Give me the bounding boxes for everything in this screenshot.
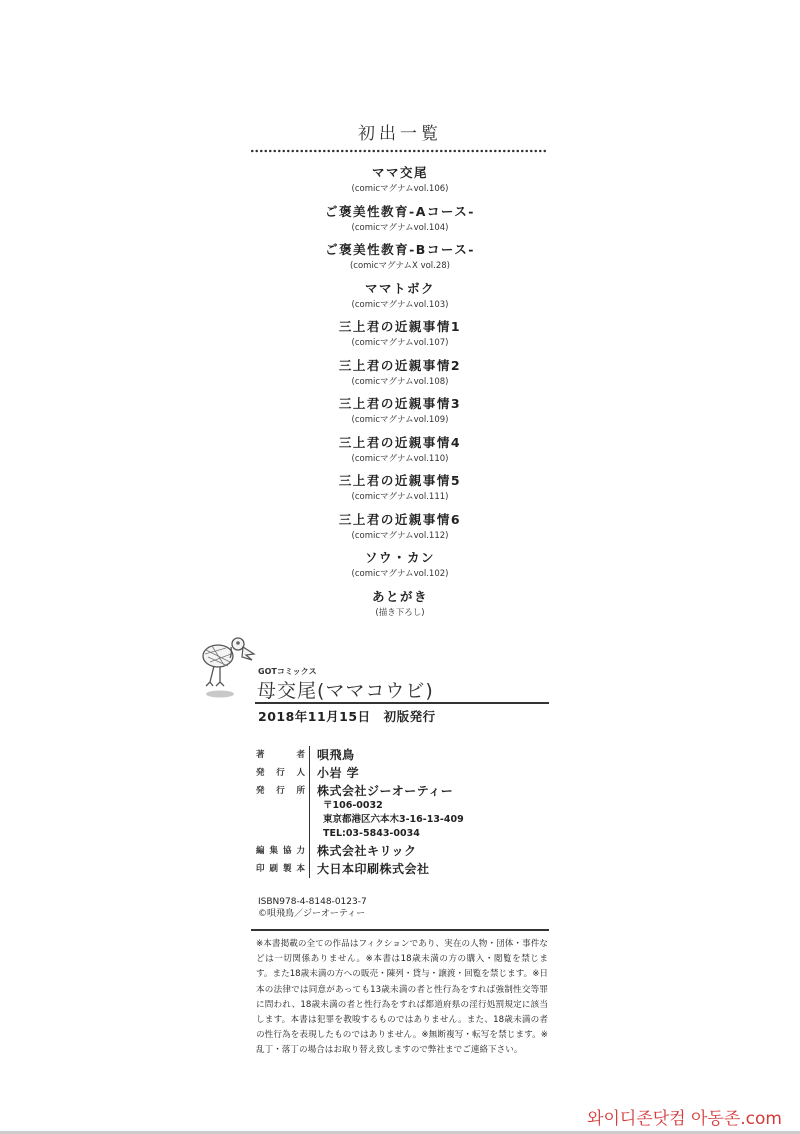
toc-entry-title: ソウ・カン — [0, 548, 800, 568]
toc-entry-source: (描き下ろし) — [0, 607, 800, 619]
postal-code: 〒106-0032 — [317, 800, 464, 812]
credit-separator — [309, 860, 310, 878]
credit-separator — [309, 782, 310, 842]
bird-illustration-icon — [198, 632, 260, 702]
toc-title: 初出一覧 — [0, 119, 800, 144]
publication-date: 2018年11月15日 初版発行 — [258, 707, 436, 725]
toc-entry: あとがき (描き下ろし) — [0, 587, 800, 626]
toc-entry-title: ご褒美性教育-Aコース- — [0, 202, 800, 222]
credit-value: 小岩 学 — [317, 764, 359, 782]
toc-entry: 三上君の近親事情3 (comicマグナムvol.109) — [0, 394, 800, 433]
toc-entry-source: (comicマグナムvol.109) — [0, 414, 800, 426]
title-divider — [255, 702, 549, 704]
toc-entry: ソウ・カン (comicマグナムvol.102) — [0, 548, 800, 587]
credit-label: 発 行 所 — [256, 782, 309, 800]
credit-value: 唄飛鳥 — [317, 746, 355, 764]
copyright: ©唄飛鳥／ジーオーティー — [258, 908, 367, 920]
toc-entry-title: 三上君の近親事情3 — [0, 394, 800, 414]
credit-separator — [309, 842, 310, 860]
watermark: 와이디존닷컴 아동존.com — [587, 1104, 782, 1129]
toc-entry-source: (comicマグナムvol.106) — [0, 183, 800, 195]
telephone: TEL:03-5843-0034 — [317, 828, 464, 840]
credit-row-publisher: 発 行 所 株式会社ジーオーティー 〒106-0032 東京都港区六本木3-16… — [256, 782, 556, 842]
toc-entry-title: あとがき — [0, 587, 800, 607]
toc-entry-source: (comicマグナムvol.110) — [0, 453, 800, 465]
credit-separator — [309, 746, 310, 764]
credit-value: 株式会社ジーオーティー — [317, 782, 464, 800]
toc-entry-title: ママトボク — [0, 279, 800, 299]
notice-divider — [251, 929, 549, 931]
toc-entry-title: 三上君の近親事情4 — [0, 433, 800, 453]
toc-entry-title: 三上君の近親事情5 — [0, 471, 800, 491]
credit-label: 印 刷 製 本 — [256, 860, 309, 878]
toc-entry: ママトボク (comicマグナムvol.103) — [0, 279, 800, 318]
toc-entry-source: (comicマグナムvol.103) — [0, 299, 800, 311]
toc-entry: ご褒美性教育-Aコース- (comicマグナムvol.104) — [0, 202, 800, 241]
credits-block: 著 者 唄飛鳥 発 行 人 小岩 学 発 行 所 株式会社ジーオーティー — [256, 746, 556, 878]
credit-separator — [309, 764, 310, 782]
credit-value: 大日本印刷株式会社 — [317, 860, 430, 878]
toc-entry: ご褒美性教育-Bコース- (comicマグナムX vol.28) — [0, 240, 800, 279]
credit-row-publisher-person: 発 行 人 小岩 学 — [256, 764, 556, 782]
toc-entry: 三上君の近親事情4 (comicマグナムvol.110) — [0, 433, 800, 472]
isbn-block: ISBN978-4-8148-0123-7 ©唄飛鳥／ジーオーティー — [258, 896, 367, 920]
toc-entry-source: (comicマグナムvol.111) — [0, 491, 800, 503]
credit-row-editing: 編 集 協 力 株式会社キリック — [256, 842, 556, 860]
dotted-divider — [250, 149, 546, 153]
toc-entry-source: (comicマグナムvol.108) — [0, 376, 800, 388]
toc-entry-source: (comicマグナムvol.102) — [0, 568, 800, 580]
toc-entry-title: ママ交尾 — [0, 163, 800, 183]
toc-entry: 三上君の近親事情1 (comicマグナムvol.107) — [0, 317, 800, 356]
toc-entry-source: (comicマグナムvol.112) — [0, 530, 800, 542]
toc-entry: ママ交尾 (comicマグナムvol.106) — [0, 163, 800, 202]
credit-row-printing: 印 刷 製 本 大日本印刷株式会社 — [256, 860, 556, 878]
credit-label: 発 行 人 — [256, 764, 309, 782]
toc-entry-title: 三上君の近親事情1 — [0, 317, 800, 337]
toc-entry-title: ご褒美性教育-Bコース- — [0, 240, 800, 260]
credit-label: 編 集 協 力 — [256, 842, 309, 860]
legal-notice: ※本書掲載の全ての作品はフィクションであり、実在の人物・団体・事件などは一切関係… — [256, 937, 548, 1059]
credit-value: 株式会社キリック — [317, 842, 417, 860]
toc-entry: 三上君の近親事情5 (comicマグナムvol.111) — [0, 471, 800, 510]
toc-entry: 三上君の近親事情6 (comicマグナムvol.112) — [0, 510, 800, 549]
toc-entry-source: (comicマグナムvol.107) — [0, 337, 800, 349]
toc-list: ママ交尾 (comicマグナムvol.106) ご褒美性教育-Aコース- (co… — [0, 163, 800, 625]
book-title: 母交尾(ママコウビ) — [257, 676, 434, 703]
colophon-page: 初出一覧 ママ交尾 (comicマグナムvol.106) ご褒美性教育-Aコース… — [0, 0, 800, 1134]
toc-entry: 三上君の近親事情2 (comicマグナムvol.108) — [0, 356, 800, 395]
credit-row-author: 著 者 唄飛鳥 — [256, 746, 556, 764]
isbn: ISBN978-4-8148-0123-7 — [258, 896, 367, 908]
address: 東京都港区六本木3-16-13-409 — [317, 814, 464, 826]
toc-entry-source: (comicマグナムX vol.28) — [0, 260, 800, 272]
toc-entry-title: 三上君の近親事情2 — [0, 356, 800, 376]
toc-entry-source: (comicマグナムvol.104) — [0, 222, 800, 234]
publisher-details: 株式会社ジーオーティー 〒106-0032 東京都港区六本木3-16-13-40… — [317, 782, 464, 842]
credit-label: 著 者 — [256, 746, 309, 764]
toc-entry-title: 三上君の近親事情6 — [0, 510, 800, 530]
